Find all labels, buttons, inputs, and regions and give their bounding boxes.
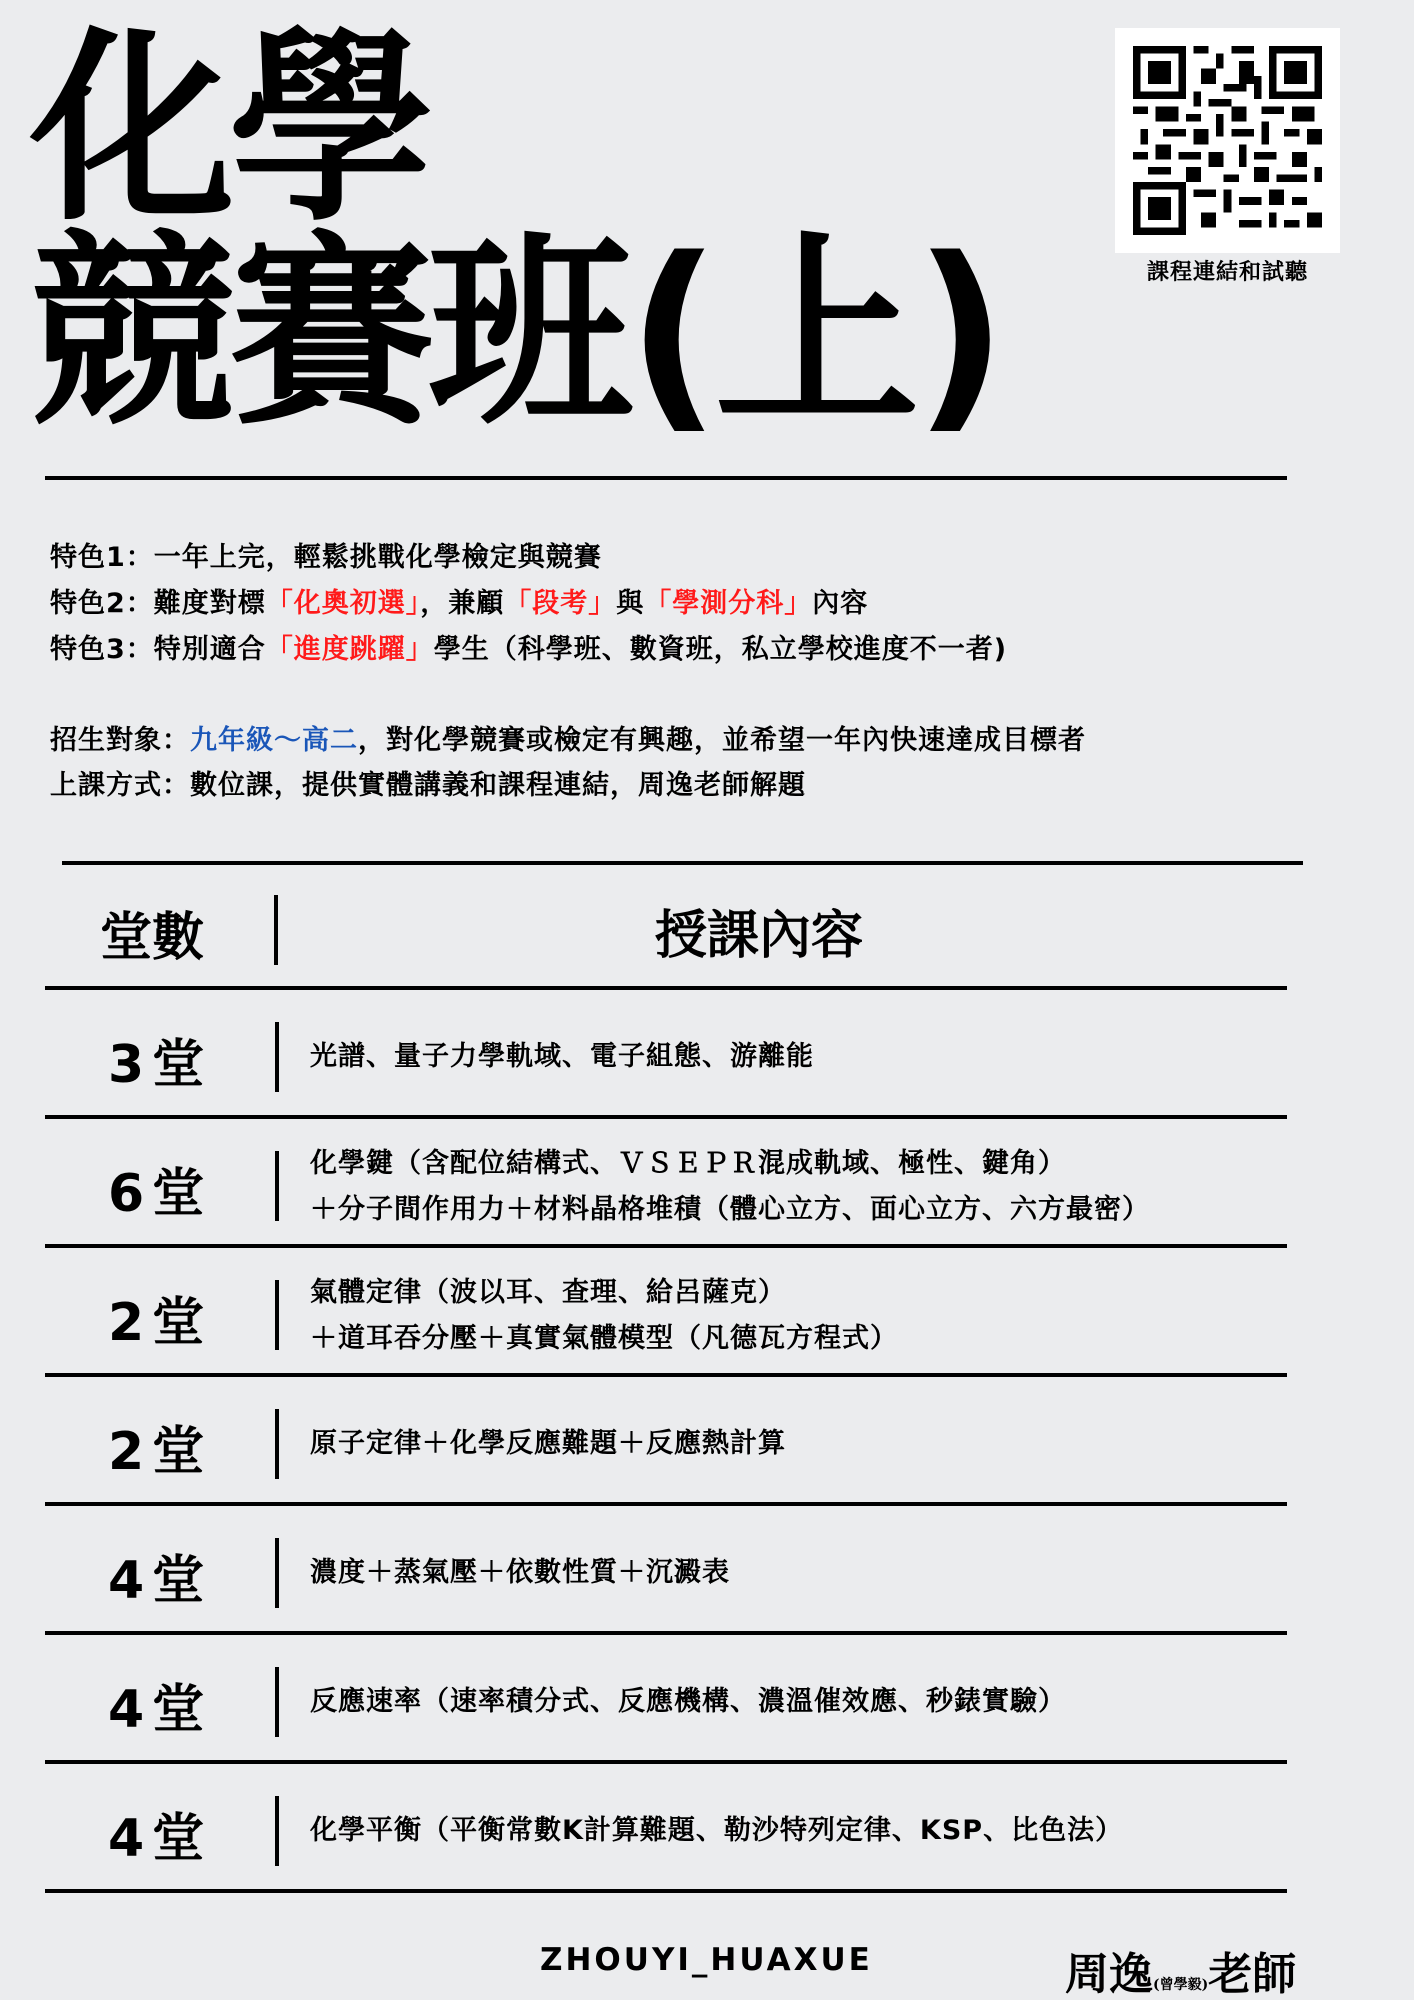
row-1-content: 光譜、量子力學軌域、電子組態、游離能	[310, 1034, 814, 1080]
row-line: 化學平衡（平衡常數K計算難題、勒沙特列定律、KSP、比色法）	[310, 1808, 1123, 1854]
row-5-content: 濃度＋蒸氣壓＋依數性質＋沉澱表	[310, 1550, 730, 1596]
row-3-count: 2堂	[108, 1280, 218, 1355]
table-top-rule	[62, 861, 1303, 865]
row-divider	[275, 1796, 279, 1866]
feature-text: 難度對標	[154, 588, 266, 619]
row-line: ＋道耳吞分壓＋真實氣體模型（凡德瓦方程式）	[310, 1316, 898, 1362]
row-rule	[45, 1373, 1287, 1377]
feature-highlight: 「進度跳躍」	[266, 634, 434, 665]
row-5-count: 4堂	[108, 1538, 218, 1613]
row-2-count: 6堂	[108, 1151, 218, 1226]
teacher-signature: 周逸(曾學毅)老師	[1065, 1938, 1296, 2000]
row-4-content: 原子定律＋化學反應難題＋反應熱計算	[310, 1421, 786, 1467]
row-divider	[275, 1667, 279, 1737]
audience-highlight: 九年級～高二	[190, 725, 358, 756]
row-rule	[45, 1244, 1287, 1248]
row-rule	[45, 1631, 1287, 1635]
title-line-2: 競賽班(上)	[30, 232, 1001, 437]
feature-3: 特色3：特別適合「進度跳躍」學生（科學班、數資班，私立學校進度不一者)	[50, 627, 1007, 666]
row-6-content: 反應速率（速率積分式、反應機構、濃溫催效應、秒錶實驗）	[310, 1679, 1066, 1725]
table-bottom-rule	[45, 1889, 1287, 1893]
row-rule	[45, 1502, 1287, 1506]
row-rule	[45, 1760, 1287, 1764]
feature-text: 內容	[812, 588, 868, 619]
row-2-content: 化學鍵（含配位結構式、ＶＳＥＰＲ混成軌域、極性、鍵角）＋分子間作用力＋材料晶格堆…	[310, 1141, 1150, 1233]
row-line: ＋分子間作用力＋材料晶格堆積（體心立方、面心立方、六方最密）	[310, 1187, 1150, 1233]
feature-label: 特色2：	[50, 588, 154, 619]
row-divider	[275, 1538, 279, 1608]
header-content: 授課內容	[655, 893, 863, 968]
method-label: 上課方式：	[50, 770, 190, 801]
qr-code[interactable]	[1115, 28, 1340, 253]
feature-label: 特色1：	[50, 542, 154, 573]
audience-text: ，對化學競賽或檢定有興趣，並希望一年內快速達成目標者	[358, 725, 1086, 756]
header-count: 堂數	[100, 895, 204, 970]
audience-label: 招生對象：	[50, 725, 190, 756]
row-1-count: 3堂	[108, 1022, 218, 1097]
row-divider	[275, 1409, 279, 1479]
feature-text: 與	[616, 588, 644, 619]
row-line: 光譜、量子力學軌域、電子組態、游離能	[310, 1034, 814, 1080]
row-7-count: 4堂	[108, 1796, 218, 1871]
social-handle: ZHOUYI_HUAXUE	[540, 1942, 873, 1978]
row-4-count: 2堂	[108, 1409, 218, 1484]
row-rule	[45, 1115, 1287, 1119]
teacher-alias: (曾學毅)	[1153, 1977, 1208, 1993]
feature-2: 特色2：難度對標「化奧初選」，兼顧「段考」與「學測分科」內容	[50, 581, 868, 620]
qr-code-icon	[1133, 46, 1322, 235]
header-bottom-rule	[45, 986, 1287, 990]
row-7-content: 化學平衡（平衡常數K計算難題、勒沙特列定律、KSP、比色法）	[310, 1808, 1123, 1854]
feature-highlight: 「學測分科」	[644, 588, 812, 619]
feature-1: 特色1：一年上完，輕鬆挑戰化學檢定與競賽	[50, 535, 602, 574]
qr-caption: 課程連結和試聽	[1115, 255, 1340, 286]
title-line-1: 化學	[30, 28, 428, 233]
audience-line: 招生對象：九年級～高二，對化學競賽或檢定有興趣，並希望一年內快速達成目標者	[50, 718, 1086, 757]
feature-text: 特別適合	[154, 634, 266, 665]
row-6-count: 4堂	[108, 1667, 218, 1742]
method-text: 數位課，提供實體講義和課程連結，周逸老師解題	[190, 770, 806, 801]
feature-highlight: 「化奧初選」	[266, 588, 421, 619]
row-divider	[275, 1022, 279, 1092]
row-line: 濃度＋蒸氣壓＋依數性質＋沉澱表	[310, 1550, 730, 1596]
row-line: 反應速率（速率積分式、反應機構、濃溫催效應、秒錶實驗）	[310, 1679, 1066, 1725]
feature-label: 特色3：	[50, 634, 154, 665]
title-divider	[45, 476, 1287, 480]
feature-text: 一年上完，輕鬆挑戰化學檢定與競賽	[154, 542, 602, 573]
row-3-content: 氣體定律（波以耳、查理、給呂薩克）＋道耳吞分壓＋真實氣體模型（凡德瓦方程式）	[310, 1270, 898, 1362]
row-line: 氣體定律（波以耳、查理、給呂薩克）	[310, 1270, 898, 1316]
row-line: 原子定律＋化學反應難題＋反應熱計算	[310, 1421, 786, 1467]
row-line: 化學鍵（含配位結構式、ＶＳＥＰＲ混成軌域、極性、鍵角）	[310, 1141, 1150, 1187]
row-divider	[275, 1280, 279, 1350]
method-line: 上課方式：數位課，提供實體講義和課程連結，周逸老師解題	[50, 763, 806, 802]
feature-text: 學生（科學班、數資班，私立學校進度不一者)	[434, 634, 1007, 665]
header-divider	[274, 895, 278, 965]
feature-text: ，兼顧	[420, 588, 504, 619]
teacher-name: 周逸	[1065, 1949, 1153, 2000]
feature-highlight: 「段考」	[504, 588, 616, 619]
row-divider	[275, 1151, 279, 1221]
teacher-title: 老師	[1208, 1949, 1296, 2000]
